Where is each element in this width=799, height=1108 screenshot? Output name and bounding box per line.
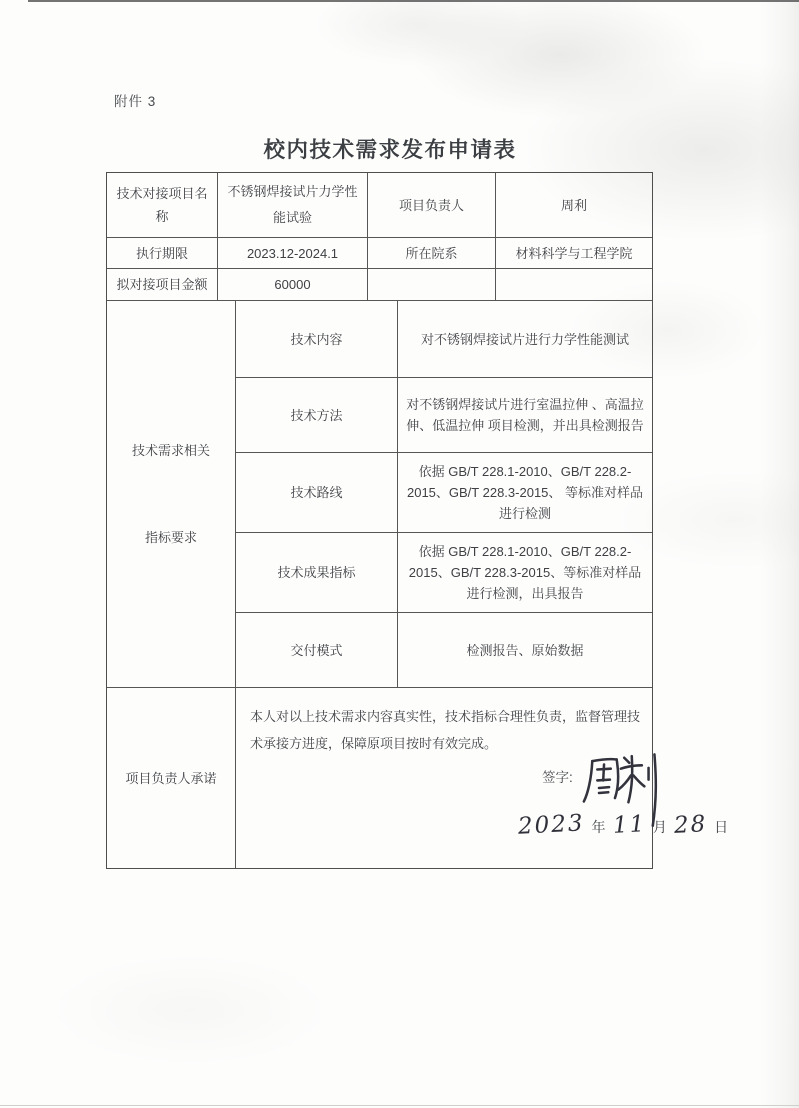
scan-edge-artifact-top (28, 0, 799, 2)
date-month: 11 (612, 811, 647, 840)
field-label-leader-commitment: 项目负责人承诺 (107, 687, 235, 868)
field-value-project-name: 不锈钢焊接试片力学性能试验 (217, 173, 367, 237)
field-label-tech-content: 技术内容 (235, 300, 397, 377)
field-value-project-leader: 周利 (495, 173, 652, 237)
field-label-project-leader: 项目负责人 (367, 173, 495, 237)
date-year: 2023 (517, 810, 585, 840)
field-value-department: 材料科学与工程学院 (495, 237, 652, 268)
date-year-unit: 年 (592, 814, 606, 841)
scanned-document-page: 附件 3 校内技术需求发布申请表 技术对接项目名称 不锈钢焊接试片力学性能试验 … (0, 0, 799, 1108)
page-title: 校内技术需求发布申请表 (0, 133, 780, 164)
date-day-unit: 日 (714, 814, 728, 841)
requirements-group-label-line2: 指标要求 (145, 526, 197, 549)
requirements-section: 技术需求相关 指标要求 技术内容 对不锈钢焊接试片进行力学性能测试 技术方法 对… (107, 300, 652, 687)
requirements-group-label-line1: 技术需求相关 (132, 439, 210, 462)
basic-info-section: 技术对接项目名称 不锈钢焊接试片力学性能试验 项目负责人 周利 执行期限 202… (107, 173, 652, 300)
field-label-tech-outcome-indicator: 技术成果指标 (235, 532, 397, 612)
field-value-tech-method: 对不锈钢焊接试片进行室温拉伸 、高温拉伸、低温拉伸 项目检测，并出具检测报告 (397, 377, 652, 452)
commitment-section: 项目负责人承诺 本人对以上技术需求内容真实性，技术指标合理性负责，监督管理技术承… (107, 687, 652, 868)
field-label-project-name: 技术对接项目名称 (107, 173, 217, 237)
field-value-tech-outcome-indicator: 依据 GB/T 228.1-2010、GB/T 228.2-2015、GB/T … (397, 532, 652, 612)
signature-label: 签字: (542, 764, 573, 791)
field-label-tech-method: 技术方法 (235, 377, 397, 452)
field-label-execution-period: 执行期限 (107, 237, 217, 268)
commitment-cell: 本人对以上技术需求内容真实性，技术指标合理性负责，监督管理技术承接方进度，保障原… (235, 687, 652, 868)
handwritten-date: 2023 年 11 月 28 日 (518, 812, 728, 841)
empty-cell (367, 268, 495, 300)
field-label-project-amount: 拟对接项目金额 (107, 268, 217, 300)
field-label-tech-route: 技术路线 (235, 452, 397, 532)
field-label-department: 所在院系 (367, 237, 495, 268)
field-value-execution-period: 2023.12-2024.1 (217, 237, 367, 268)
field-value-delivery-mode: 检测报告、原始数据 (397, 612, 652, 687)
field-value-tech-route: 依据 GB/T 228.1-2010、GB/T 228.2-2015、GB/T … (397, 452, 652, 532)
scan-edge-artifact-bottom (0, 1105, 799, 1106)
application-form-table: 技术对接项目名称 不锈钢焊接试片力学性能试验 项目负责人 周利 执行期限 202… (106, 172, 653, 869)
requirements-group-label: 技术需求相关 指标要求 (107, 300, 235, 687)
field-value-tech-content: 对不锈钢焊接试片进行力学性能测试 (397, 300, 652, 377)
field-label-delivery-mode: 交付模式 (235, 612, 397, 687)
attachment-label: 附件 3 (114, 90, 156, 110)
date-day: 28 (673, 811, 708, 840)
date-month-unit: 月 (653, 814, 667, 841)
empty-cell (495, 268, 652, 300)
field-value-project-amount: 60000 (217, 268, 367, 300)
